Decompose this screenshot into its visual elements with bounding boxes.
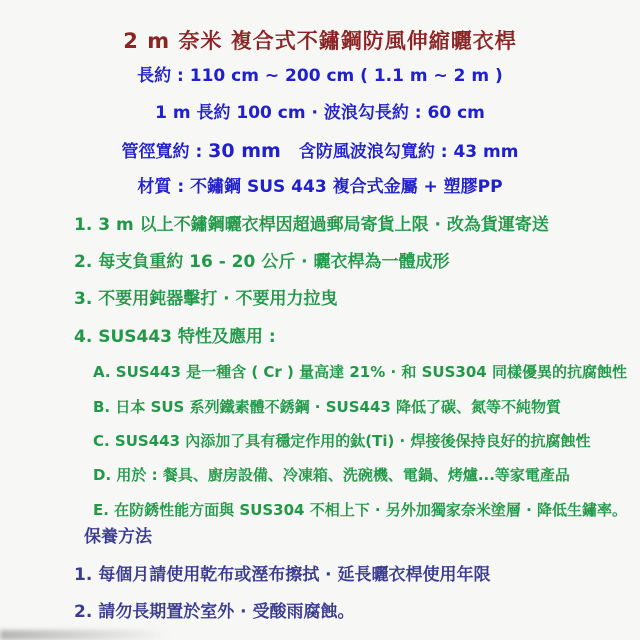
sus443-feature-ferritic: B. 日本 SUS 系列鐵素體不銹鋼 · SUS443 降低了碳、氮等不純物質 bbox=[93, 398, 561, 417]
spec-diameter-value: 30 mm bbox=[208, 140, 281, 162]
sus443-feature-applications: D. 用於 : 餐具、廚房設備、冷凍箱、洗碗機、電鍋、烤爐...等家電產品 bbox=[93, 466, 570, 485]
sus443-feature-chromium: A. SUS443 是一種含 ( Cr ) 量高達 21% · 和 SUS304… bbox=[93, 363, 627, 382]
product-info-sheet: 2 m 奈米 複合式不鏽鋼防風伸縮曬衣桿 長約 : 110 cm ~ 200 c… bbox=[0, 0, 640, 640]
spec-length: 長約 : 110 cm ~ 200 cm ( 1.1 m ~ 2 m ) bbox=[0, 66, 640, 87]
note-sus443-heading: 4. SUS443 特性及應用 : bbox=[74, 327, 276, 348]
spec-hook-width: 含防風波浪勾寬約 : 43 mm bbox=[299, 142, 519, 162]
note-load-capacity: 2. 每支負重約 16 - 20 公斤 · 曬衣桿為一體成形 bbox=[74, 252, 450, 273]
sus443-feature-titanium: C. SUS443 內添加了具有穩定作用的鈦(Ti) · 焊接後保持良好的抗腐蝕… bbox=[93, 432, 590, 451]
spec-1m-length: 1 m 長約 100 cm · 波浪勾長約 : 60 cm bbox=[0, 103, 640, 124]
sus443-feature-rust-resistance: E. 在防銹性能方面與 SUS304 不相上下 · 另外加獨家奈米塗層 · 降低… bbox=[93, 501, 627, 520]
note-no-impact: 3. 不要用鈍器擊打 · 不要用力拉曳 bbox=[74, 289, 338, 310]
care-item-wipe: 1. 每個月請使用乾布或溼布擦拭 · 延長曬衣桿使用年限 bbox=[74, 565, 491, 586]
note-shipping-limit: 1. 3 m 以上不鏽鋼曬衣桿因超過郵局寄貨上限 · 改為貨運寄送 bbox=[74, 215, 549, 236]
spec-diameter: 管徑寬約 : 30 mm含防風波浪勾寬約 : 43 mm bbox=[0, 140, 640, 164]
product-title: 2 m 奈米 複合式不鏽鋼防風伸縮曬衣桿 bbox=[0, 28, 640, 54]
care-item-outdoor-warning: 2. 請勿長期置於室外 · 受酸雨腐蝕。 bbox=[74, 602, 355, 623]
corner-shadow bbox=[0, 630, 170, 640]
care-section-title: 保養方法 bbox=[84, 527, 152, 548]
spec-material: 材質 : 不鏽鋼 SUS 443 複合式金屬 + 塑膠PP bbox=[0, 177, 640, 198]
spec-diameter-label: 管徑寬約 : bbox=[122, 142, 209, 162]
